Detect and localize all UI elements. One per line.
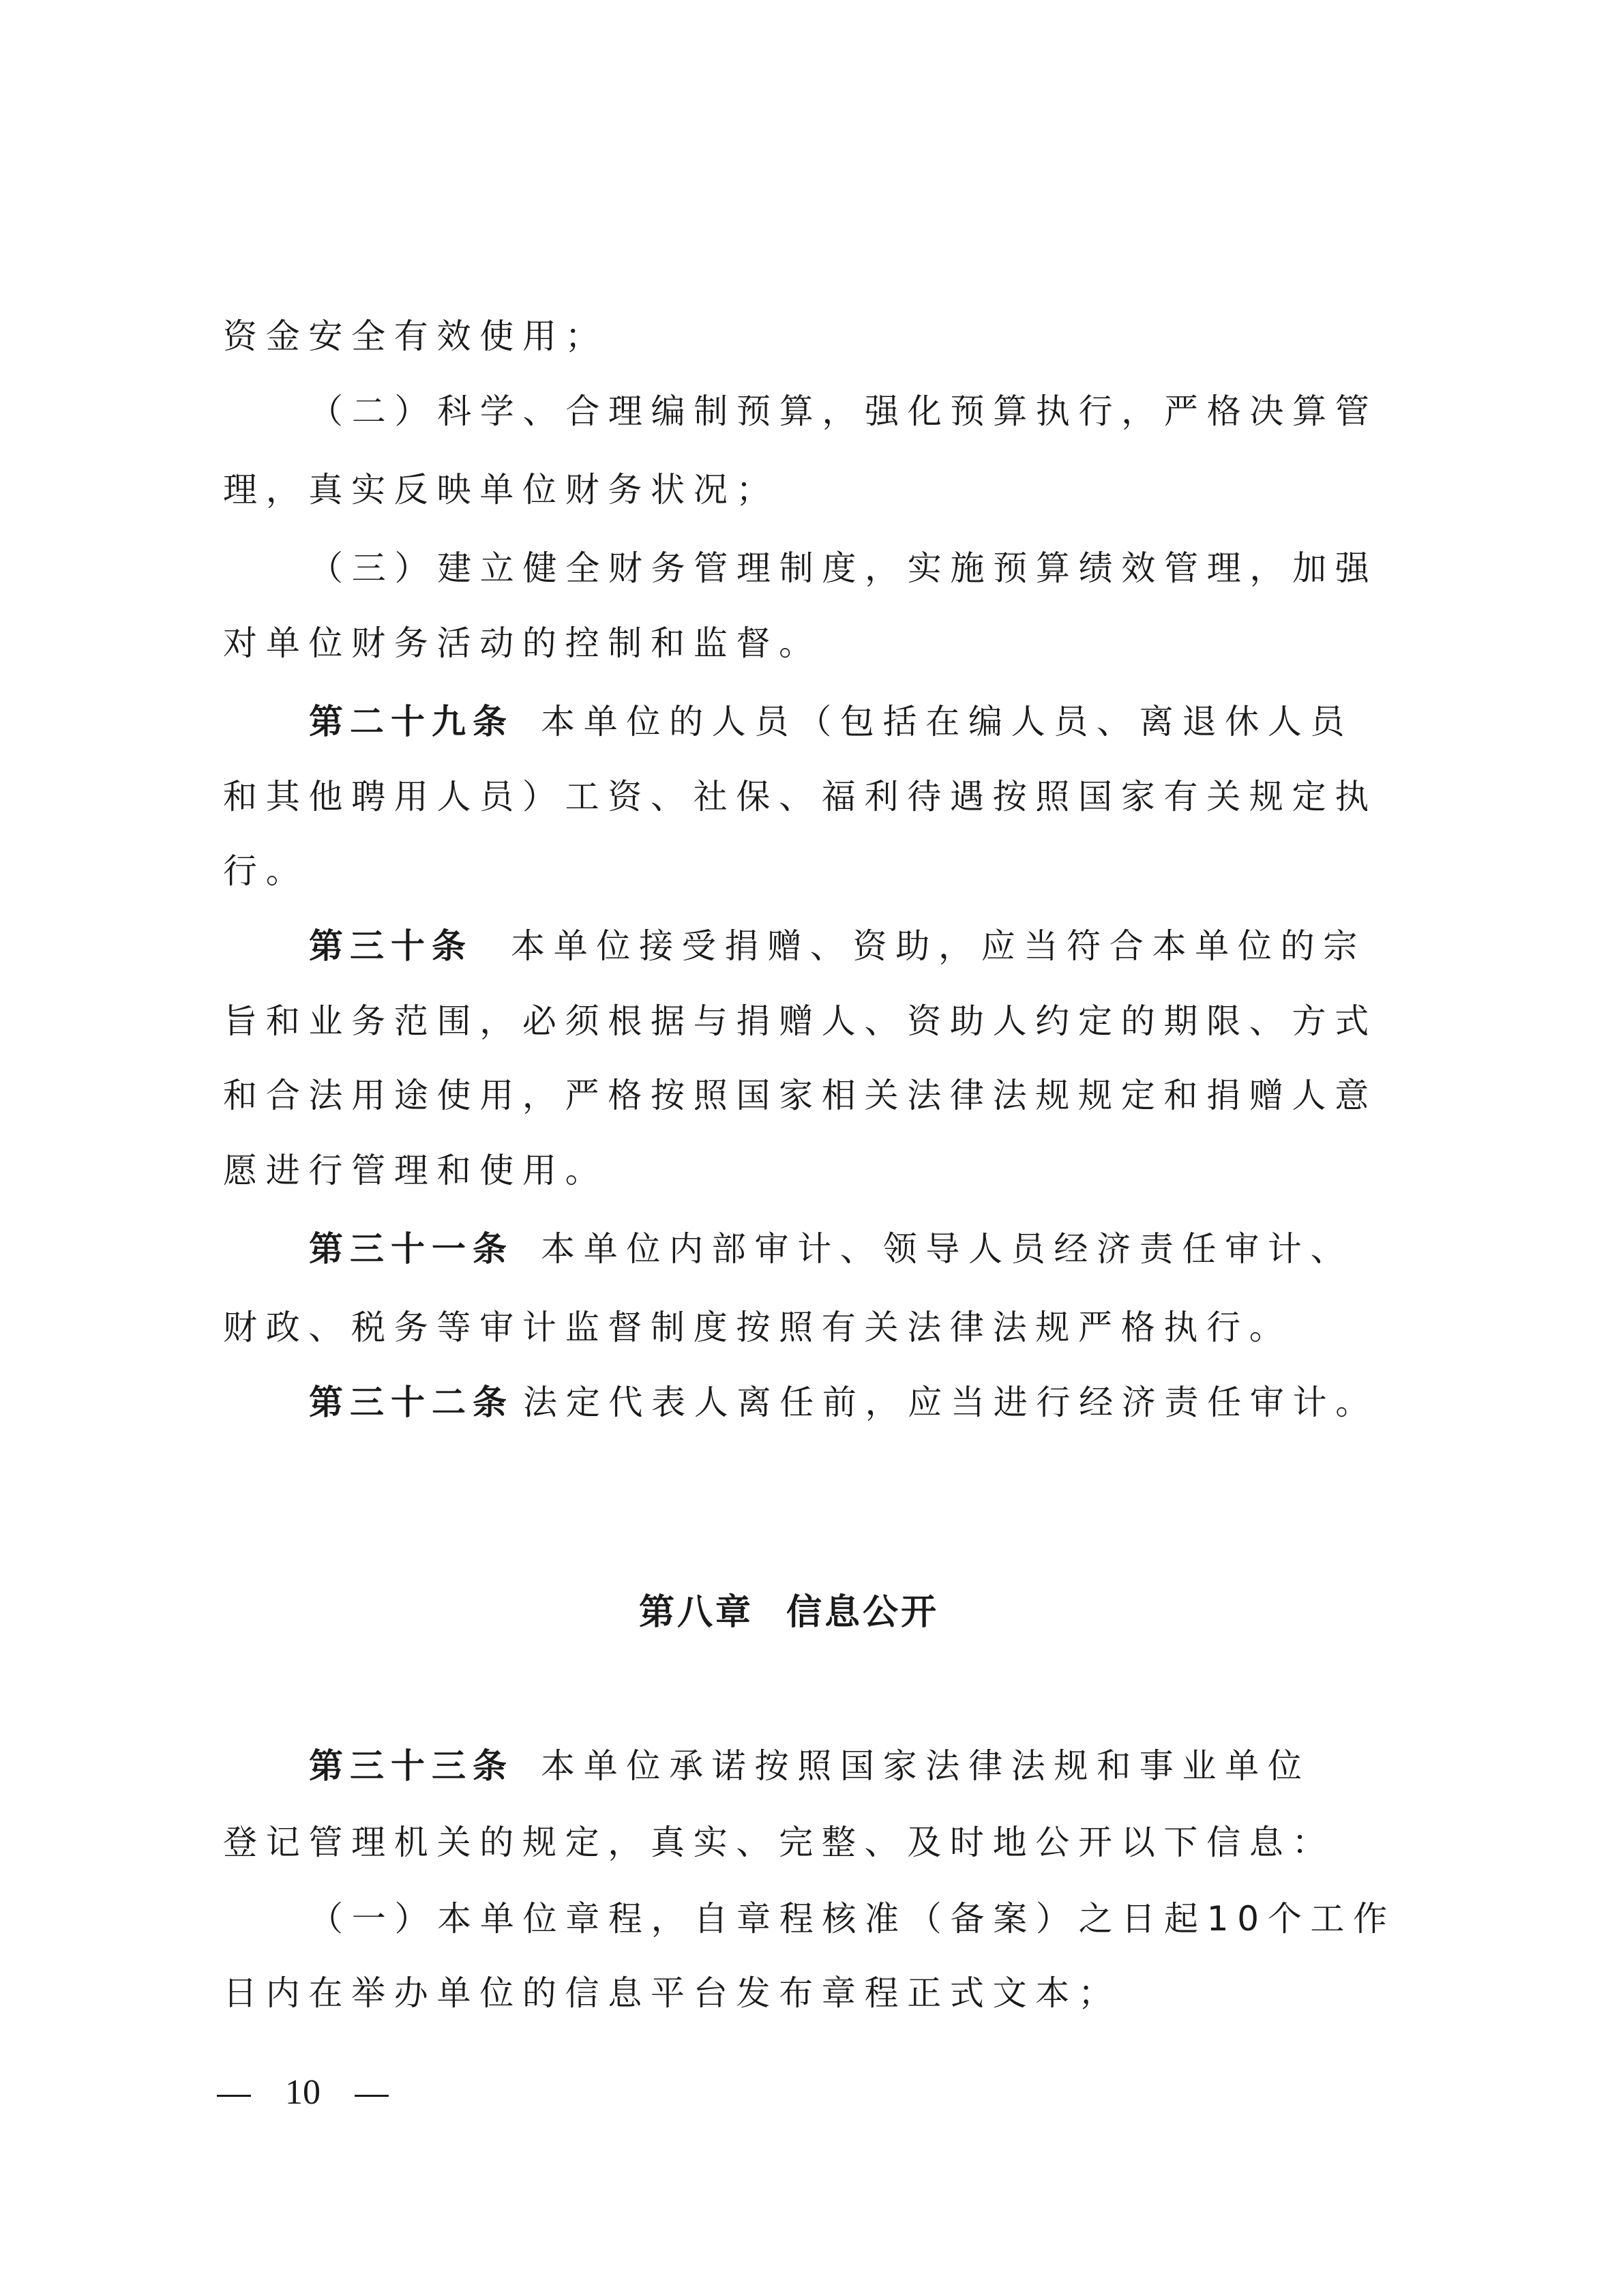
chapter-heading: 第八章信息公开 — [639, 1589, 939, 1636]
article-line: 旨和业务范围，必须根据与捐赠人、资助人约定的期限、方式 — [223, 997, 1378, 1045]
page-number-dash-left — [217, 2095, 251, 2097]
paragraph-line: 日内在举办单位的信息平台发布章程正式文本； — [223, 1969, 1121, 2017]
article-text: 法定代表人离任前，应当进行经济责任审计。 — [523, 1383, 1378, 1422]
chapter-number: 第八章 — [639, 1592, 754, 1633]
page-number-dash-right — [355, 2095, 389, 2097]
document-page: 资金安全有效使用； （二）科学、合理编制预算，强化预算执行，严格决算管 理，真实… — [0, 0, 1623, 2296]
paragraph-line: （三）建立健全财务管理制度，实施预算绩效管理，加强 — [309, 544, 1378, 592]
article-32-first-line: 第三十二条法定代表人离任前，应当进行经济责任审计。 — [309, 1379, 1378, 1426]
article-text: 本单位的人员（包括在编人员、离退休人员 — [541, 702, 1353, 741]
article-line: 和合法用途使用，严格按照国家相关法律法规规定和捐赠人意 — [223, 1072, 1378, 1119]
article-text: 本单位承诺按照国家法律法规和事业单位 — [541, 1746, 1311, 1786]
article-line: 行。 — [223, 847, 308, 895]
chapter-title: 信息公开 — [786, 1592, 939, 1633]
article-line: 和其他聘用人员）工资、社保、福利待遇按照国家有关规定执 — [223, 773, 1378, 821]
article-heading: 第三十二条 — [309, 1383, 513, 1422]
article-heading: 第三十一条 — [309, 1229, 513, 1269]
paragraph-line: 资金安全有效使用； — [223, 312, 608, 360]
page-number-value: 10 — [285, 2074, 321, 2112]
article-33-first-line: 第三十三条本单位承诺按照国家法律法规和事业单位 — [309, 1742, 1311, 1790]
article-line: 愿进行管理和使用。 — [223, 1147, 608, 1194]
article-heading: 第三十条 — [309, 926, 473, 966]
article-line: 财政、税务等审计监督制度按照有关法律法规严格执行。 — [223, 1304, 1292, 1351]
paragraph-line: （二）科学、合理编制预算，强化预算执行，严格决算管 — [309, 387, 1378, 435]
article-heading: 第三十三条 — [309, 1746, 513, 1786]
article-line: 登记管理机关的规定，真实、完整、及时地公开以下信息： — [223, 1819, 1335, 1866]
article-31-first-line: 第三十一条本单位内部审计、领导人员经济责任审计、 — [309, 1225, 1353, 1273]
article-30-first-line: 第三十条本单位接受捐赠、资助，应当符合本单位的宗 — [309, 922, 1366, 970]
article-text: 本单位接受捐赠、资助，应当符合本单位的宗 — [511, 926, 1366, 966]
paragraph-line: 理，真实反映单位财务状况； — [223, 466, 779, 514]
article-heading: 第二十九条 — [309, 702, 513, 741]
paragraph-line: （一）本单位章程，自章程核准（备案）之日起10个工作 — [309, 1895, 1396, 1943]
article-text: 本单位内部审计、领导人员经济责任审计、 — [541, 1229, 1353, 1269]
page-number: 10 — [217, 2074, 389, 2112]
article-29-first-line: 第二十九条本单位的人员（包括在编人员、离退休人员 — [309, 698, 1353, 746]
paragraph-line: 对单位财务活动的控制和监督。 — [223, 619, 822, 667]
